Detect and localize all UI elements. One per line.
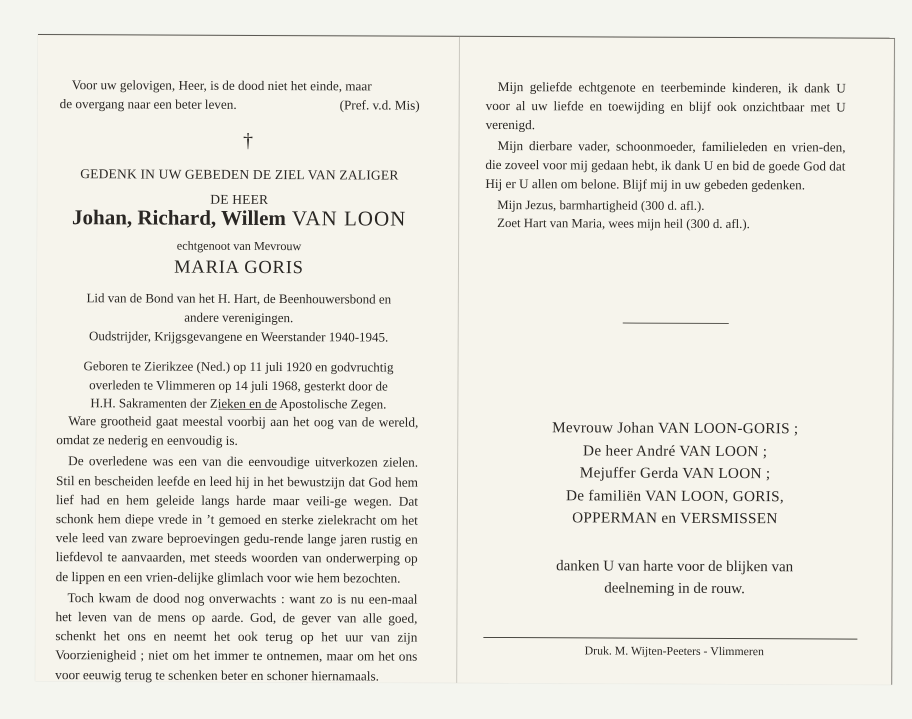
thanks-text: danken U van harte voor de blijken van d…	[458, 555, 892, 601]
prayer-line: Mijn Jezus, barmhartigheid (300 d. afl.)…	[497, 197, 857, 216]
family-line: Mevrouw Johan VAN LOON-GORIS ;	[458, 417, 892, 441]
memorial-card: Voor uw gelovigen, Heer, is de dood niet…	[35, 34, 895, 685]
eulogy-paragraph: De overledene was een van die eenvoudige…	[56, 451, 419, 587]
birth-death-line-2: overleden te Vlimmeren op 14 juli 1968, …	[56, 376, 420, 396]
family-list: Mevrouw Johan VAN LOON-GORIS ; De heer A…	[458, 417, 892, 531]
deceased-surname: VAN LOON	[292, 206, 406, 230]
eulogy-paragraph: Toch kwam de dood nog onverwachts : want…	[55, 588, 417, 686]
membership-line-3: Oudstrijder, Krijgsgevangene en Weerstan…	[57, 326, 421, 347]
right-panel: Mijn geliefde echtgenote en teerbeminde …	[457, 37, 894, 685]
spouse-label: echtgenoot van Mevrouw	[57, 236, 421, 256]
farewell-paragraph: Mijn dierbare vader, schoonmoeder, famil…	[485, 136, 845, 195]
thanks-line-2: deelneming in de rouw.	[458, 577, 892, 601]
epigraph: Voor uw gelovigen, Heer, is de dood niet…	[60, 75, 420, 115]
divider	[623, 323, 729, 324]
family-line: Mejuffer Gerda VAN LOON ;	[458, 462, 892, 486]
membership-line-2: andere verenigingen.	[57, 307, 421, 328]
farewell-paragraph: Mijn geliefde echtgenote en teerbeminde …	[486, 77, 846, 136]
family-line: De familiën VAN LOON, GORIS,	[458, 484, 892, 508]
deceased-given-names: Johan, Richard, Willem	[72, 205, 286, 230]
cross-icon: †	[37, 129, 458, 154]
birth-death-info: Geboren te Zierikzee (Ned.) op 11 juli 1…	[56, 357, 420, 414]
deceased-name: Johan, Richard, WillemVAN LOON	[57, 203, 421, 233]
family-line: OPPERMAN en VERSMISSEN	[458, 507, 892, 531]
farewell-text: Mijn geliefde echtgenote en teerbeminde …	[485, 77, 846, 197]
prayer-line: Zoet Hart van Maria, wees mijn heil (300…	[497, 215, 857, 234]
heading-line-1: GEDENK IN UW GEBEDEN DE ZIEL VAN ZALIGER	[57, 161, 421, 188]
family-line: De heer André VAN LOON ;	[458, 439, 892, 463]
birth-death-line-1: Geboren te Zierikzee (Ned.) op 11 juli 1…	[57, 357, 421, 377]
epigraph-line-2: de overgang naar een beter leven. (Pref.…	[60, 94, 420, 115]
prayers: Mijn Jezus, barmhartigheid (300 d. afl.)…	[497, 197, 857, 234]
epigraph-text: de overgang naar een beter leven.	[60, 94, 237, 114]
thanks-line-1: danken U van harte voor de blijken van	[458, 555, 892, 579]
spouse-name: MARIA GORIS	[57, 254, 421, 282]
epigraph-line-1: Voor uw gelovigen, Heer, is de dood niet…	[60, 75, 420, 96]
epigraph-source: (Pref. v.d. Mis)	[340, 95, 420, 114]
eulogy-paragraph: Ware grootheid gaat meestal voorbij aan …	[56, 411, 418, 451]
printer-divider	[483, 637, 857, 640]
eulogy-text: Ware grootheid gaat meestal voorbij aan …	[55, 411, 418, 687]
membership-line-1: Lid van de Bond van het H. Hart, de Been…	[57, 288, 421, 309]
printer-credit: Druk. M. Wijten-Peeters - Vlimmeren	[457, 642, 891, 660]
membership-info: Lid van de Bond van het H. Hart, de Been…	[57, 288, 421, 347]
left-panel: Voor uw gelovigen, Heer, is de dood niet…	[35, 35, 459, 683]
